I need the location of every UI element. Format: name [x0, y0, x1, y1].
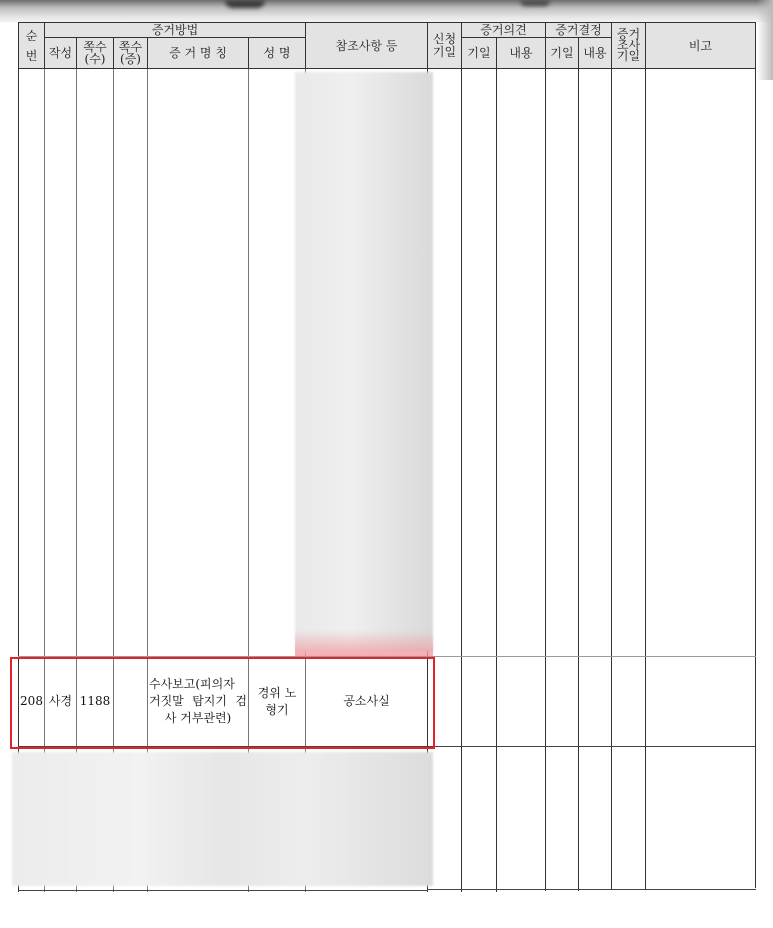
- header-evidence-decision: 증거결정: [545, 22, 612, 38]
- header-request-date: 신청 기일: [427, 22, 462, 69]
- grid-line: [645, 69, 646, 890]
- table-bottom-border: [18, 890, 428, 891]
- cell-page-jeung: [113, 657, 148, 746]
- cell-evidence-name: 수사보고(피의자 거짓말 탐지기 검사 거부관련): [147, 657, 249, 746]
- grid-line: [461, 69, 462, 892]
- scan-artifact: [225, 0, 265, 8]
- cell-name: 경위 노형기: [248, 657, 306, 746]
- cell-page-su: 1188: [76, 657, 114, 746]
- header-opinion-date: 기일: [461, 37, 497, 69]
- cell-reference: 공소사실: [305, 657, 428, 746]
- grid-line: [545, 69, 546, 891]
- header-author: 작성: [44, 37, 77, 69]
- header-evidence-opinion: 증거의견: [461, 22, 546, 38]
- header-remarks: 비고: [645, 22, 756, 69]
- header-evidence-method: 증거방법: [44, 22, 306, 38]
- redacted-region-edge: [295, 630, 433, 656]
- cell-author: 사경: [44, 657, 77, 746]
- header-decision-content: 내용: [578, 37, 612, 69]
- scan-artifact: [520, 0, 550, 6]
- cell-seq: 208: [18, 657, 45, 746]
- grid-line: [496, 69, 497, 892]
- header-page-su: 쪽수 (수): [76, 37, 114, 69]
- header-evidence-name: 증 거 명 칭: [147, 37, 249, 69]
- header-seq-bottom: 번: [26, 46, 38, 66]
- grid-line: [755, 69, 756, 888]
- header-opinion-content: 내용: [496, 37, 546, 69]
- header-name: 성 명: [248, 37, 306, 69]
- table-bottom-border: [427, 889, 756, 890]
- header-seq-top: 순: [26, 26, 38, 46]
- header-reference: 참조사항 등: [305, 22, 428, 69]
- grid-line: [611, 69, 612, 890]
- redacted-region: [12, 752, 433, 886]
- header-decision-date: 기일: [545, 37, 579, 69]
- scan-shadow: [0, 0, 773, 22]
- redacted-region: [295, 72, 433, 652]
- row-divider: [18, 746, 756, 747]
- grid-line: [578, 69, 579, 891]
- header-page-jeung: 쪽수 (증): [113, 37, 148, 69]
- header-seq: 순 번: [18, 22, 45, 69]
- header-investigation-date: 증거 조사 기일: [611, 22, 646, 69]
- scan-shadow: [757, 0, 773, 80]
